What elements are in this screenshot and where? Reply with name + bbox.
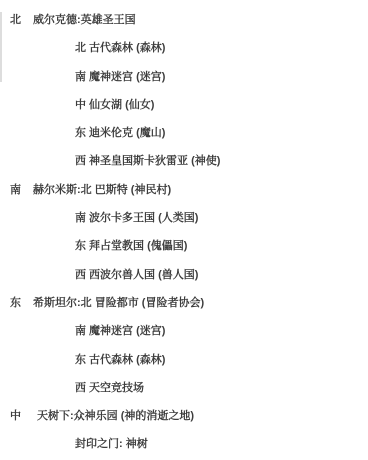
direction-label: 中 (10, 402, 21, 430)
text-line: 东 希斯坦尔:北 冒险都市 (冒险者协会) (0, 289, 368, 317)
text-line: 南 波尔卡多王国 (人类国) (0, 204, 368, 232)
text-line: 中 天树下:众神乐园 (神的消逝之地) (0, 402, 368, 430)
direction-label: 东 (10, 289, 21, 317)
region-label: 赫尔米斯: (33, 184, 81, 196)
text-line: 南 魔神迷宫 (迷宫) (0, 63, 368, 91)
location-text: 众神乐园 (神的消逝之地) (74, 410, 194, 422)
text-line: 封印之门: 神树 (0, 430, 368, 458)
region-label: 威尔克德: (33, 14, 81, 26)
text-line: 南 魔神迷宫 (迷宫) (0, 317, 368, 345)
text-line: 东 古代森林 (森林) (0, 346, 368, 374)
direction-label: 南 (10, 176, 21, 204)
text-line: 东 拜占堂教国 (傀儡国) (0, 232, 368, 260)
location-text: 南 魔神迷宫 (迷宫) (75, 325, 165, 337)
region-label: 希斯坦尔: (33, 297, 81, 309)
text-line: 西 西波尔兽人国 (兽人国) (0, 261, 368, 289)
location-text: 南 魔神迷宫 (迷宫) (75, 71, 165, 83)
location-text: 封印之门: 神树 (75, 438, 148, 450)
location-text: 东 古代森林 (森林) (75, 354, 165, 366)
location-text: 北 巴斯特 (神民村) (81, 184, 171, 196)
location-text: 北 古代森林 (森林) (75, 42, 165, 54)
location-text: 西 天空竞技场 (75, 382, 144, 394)
location-text: 英雄圣王国 (81, 14, 136, 26)
direction-label: 北 (10, 6, 21, 34)
region-label: 天树下: (37, 410, 74, 422)
text-line: 西 天空竞技场 (0, 374, 368, 402)
location-text: 北 冒险都市 (冒险者协会) (81, 297, 204, 309)
location-text: 西 西波尔兽人国 (兽人国) (75, 269, 198, 281)
text-line: 中 仙女湖 (仙女) (0, 91, 368, 119)
location-text: 西 神圣皇国斯卡狄雷亚 (神使) (75, 155, 220, 167)
text-line: 东 迪米伦克 (魔山) (0, 119, 368, 147)
location-text: 南 波尔卡多王国 (人类国) (75, 212, 198, 224)
text-line: 北 威尔克德:英雄圣王国 (0, 6, 368, 34)
location-text: 东 拜占堂教国 (傀儡国) (75, 240, 187, 252)
text-line: 南 赫尔米斯:北 巴斯特 (神民村) (0, 176, 368, 204)
text-line-list: 北 威尔克德:英雄圣王国 北 古代森林 (森林) 南 魔神迷宫 (迷宫) 中 仙… (0, 6, 368, 459)
text-line: 北 古代森林 (森林) (0, 34, 368, 62)
location-text: 东 迪米伦克 (魔山) (75, 127, 165, 139)
text-line: 西 神圣皇国斯卡狄雷亚 (神使) (0, 147, 368, 175)
location-text: 中 仙女湖 (仙女) (75, 99, 154, 111)
document-page: 北 威尔克德:英雄圣王国 北 古代森林 (森林) 南 魔神迷宫 (迷宫) 中 仙… (0, 0, 368, 460)
